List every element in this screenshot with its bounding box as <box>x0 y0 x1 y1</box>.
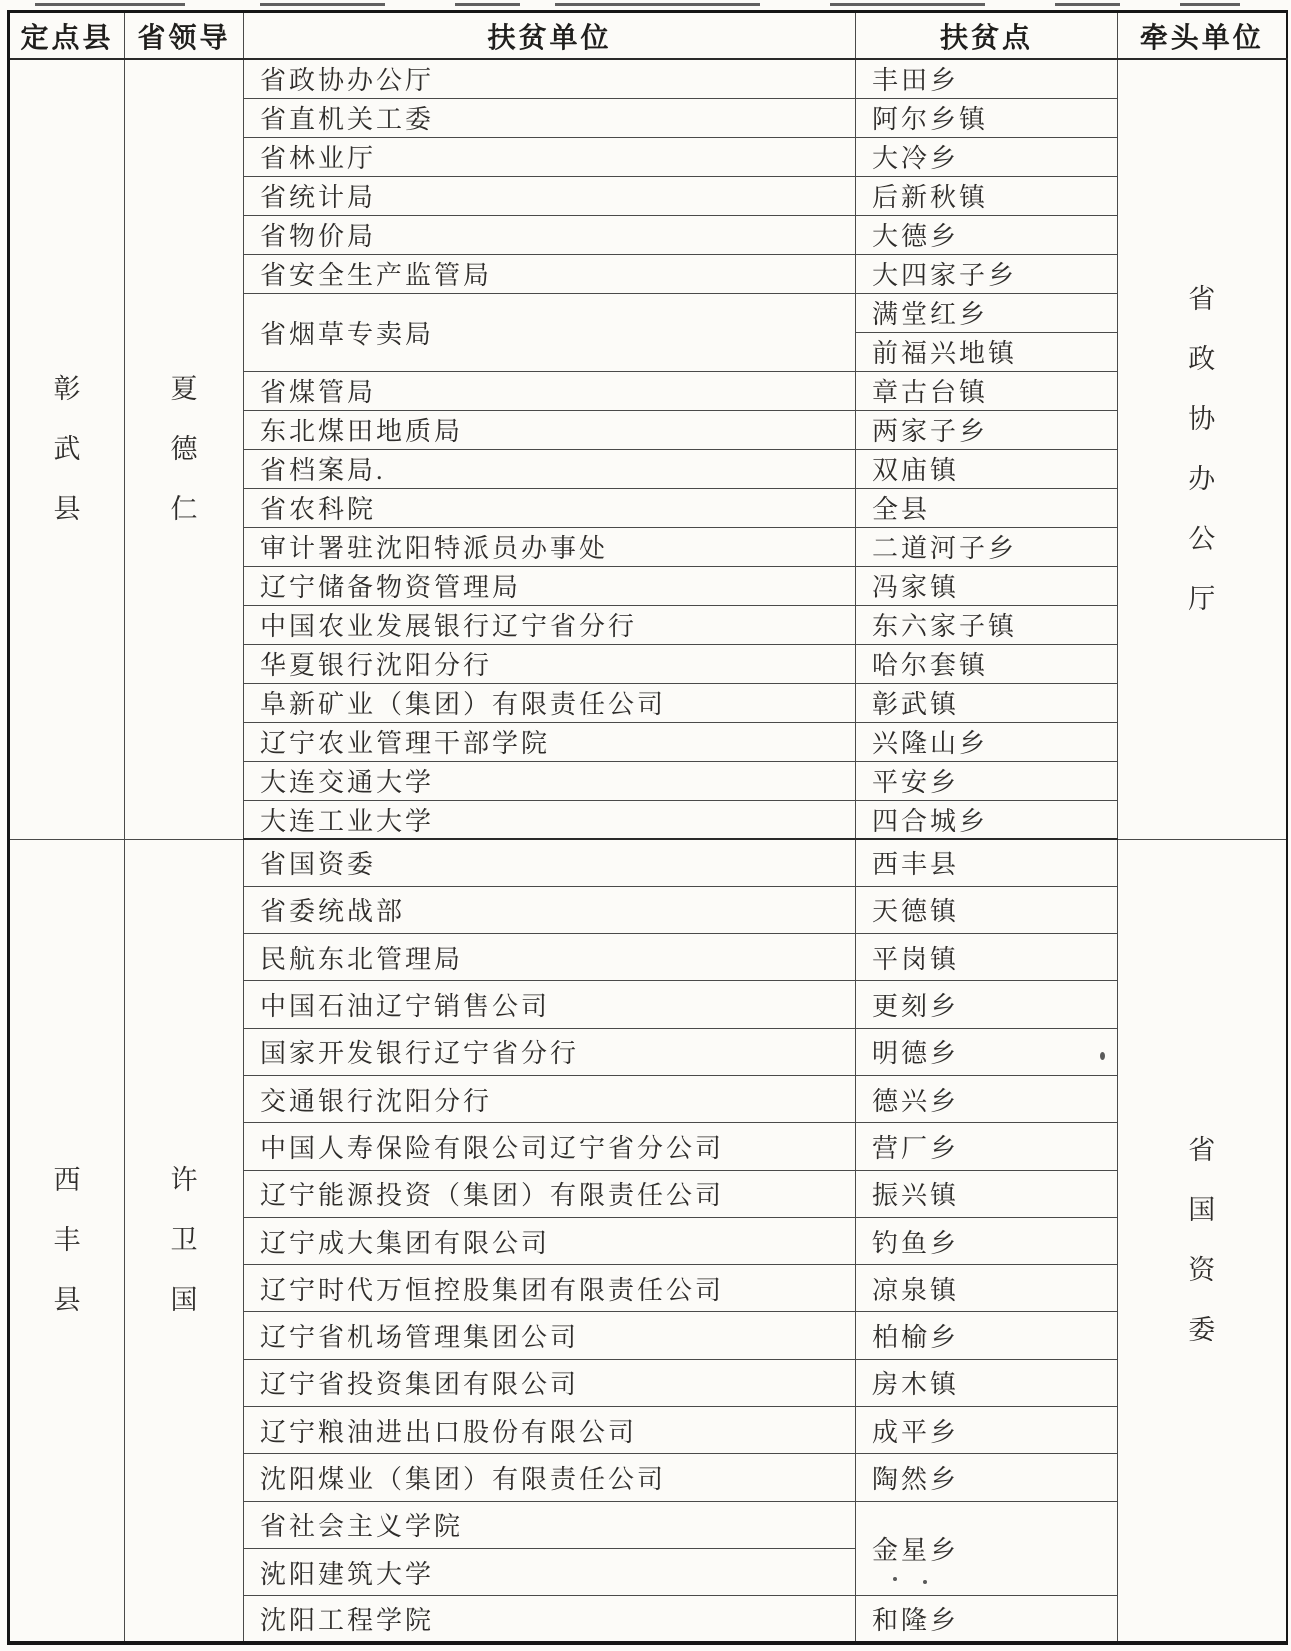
scan-artifact-line <box>455 3 520 6</box>
lead-unit-cell-char: 厅 <box>1188 586 1215 613</box>
header-cell-0: 定点县 <box>9 12 125 60</box>
unit-cell: 省物价局 <box>244 215 856 254</box>
point-cell: 平岗镇 <box>856 934 1118 981</box>
table-body: 彰武县夏德仁省政协办公厅丰田乡省政协办公厅省直机关工委阿尔乡镇省林业厅大冷乡省统… <box>9 59 1287 1643</box>
point-cell: 双庙镇 <box>856 449 1118 488</box>
lead-unit-cell: 省国资委 <box>1118 839 1287 1643</box>
unit-cell: 辽宁省机场管理集团公司 <box>244 1312 856 1359</box>
lead-unit-cell: 省政协办公厅 <box>1118 59 1287 839</box>
unit-cell: 辽宁省投资集团有限公司 <box>244 1359 856 1406</box>
unit-cell: 大连工业大学 <box>244 800 856 839</box>
leader-cell: 许卫国 <box>125 839 244 1643</box>
point-cell: 全县 <box>856 488 1118 527</box>
scan-artifact-line <box>555 3 760 6</box>
point-cell: 满堂红乡 <box>856 293 1118 332</box>
scan-artifact-line <box>35 3 185 6</box>
county-cell-char: 西 <box>54 1167 81 1194</box>
unit-cell: 交通银行沈阳分行 <box>244 1075 856 1122</box>
point-cell: 更刻乡 <box>856 981 1118 1028</box>
unit-cell: 省直机关工委 <box>244 98 856 137</box>
unit-cell: 沈阳工程学院 <box>244 1596 856 1643</box>
point-cell: 振兴镇 <box>856 1170 1118 1217</box>
header-cell-2: 扶贫单位 <box>244 12 856 60</box>
scan-artifact-line <box>1055 3 1120 6</box>
point-cell: 阿尔乡镇 <box>856 98 1118 137</box>
unit-cell: 省社会主义学院 <box>244 1501 856 1548</box>
point-cell: 大德乡 <box>856 215 1118 254</box>
county-cell-char: 丰 <box>54 1227 81 1254</box>
lead-unit-cell-char: 资 <box>1188 1257 1215 1284</box>
assistance-table: 定点县省领导扶贫单位扶贫点牵头单位 彰武县夏德仁省政协办公厅丰田乡省政协办公厅省… <box>7 10 1288 1645</box>
unit-cell: 辽宁能源投资（集团）有限责任公司 <box>244 1170 856 1217</box>
point-cell: 西丰县 <box>856 839 1118 886</box>
point-cell: 哈尔套镇 <box>856 644 1118 683</box>
point-cell: 章古台镇 <box>856 371 1118 410</box>
lead-unit-cell-char: 省 <box>1188 286 1215 313</box>
point-cell: 和隆乡 <box>856 1596 1118 1643</box>
point-cell: 两家子乡 <box>856 410 1118 449</box>
point-cell: 二道河子乡 <box>856 527 1118 566</box>
lead-unit-cell-char: 协 <box>1188 406 1215 433</box>
leader-cell-char: 卫 <box>171 1227 198 1254</box>
header-cell-1: 省领导 <box>125 12 244 60</box>
unit-cell: 省统计局 <box>244 176 856 215</box>
leader-cell-char: 国 <box>171 1287 198 1314</box>
table-row: 西丰县许卫国省国资委西丰县省国资委 <box>9 839 1287 886</box>
county-cell-char: 武 <box>54 436 81 463</box>
table-row: 彰武县夏德仁省政协办公厅丰田乡省政协办公厅 <box>9 59 1287 98</box>
unit-cell: 沈阳煤业（集团）有限责任公司 <box>244 1454 856 1501</box>
unit-cell: 辽宁粮油进出口股份有限公司 <box>244 1407 856 1454</box>
point-cell: 天德镇 <box>856 886 1118 933</box>
point-cell: 兴隆山乡 <box>856 722 1118 761</box>
unit-cell: 民航东北管理局 <box>244 934 856 981</box>
leader-cell-char: 仁 <box>171 496 198 523</box>
point-cell: 钓鱼乡 <box>856 1217 1118 1264</box>
county-cell-char: 县 <box>54 496 81 523</box>
unit-cell: 省档案局. <box>244 449 856 488</box>
point-cell: 柏榆乡 <box>856 1312 1118 1359</box>
county-cell-char: 彰 <box>54 376 81 403</box>
point-cell: 成平乡 <box>856 1407 1118 1454</box>
point-cell: 金星乡 <box>856 1501 1118 1596</box>
unit-cell: 国家开发银行辽宁省分行 <box>244 1028 856 1075</box>
table-header-row: 定点县省领导扶贫单位扶贫点牵头单位 <box>9 12 1287 60</box>
point-cell: 平安乡 <box>856 761 1118 800</box>
lead-unit-cell-char: 办 <box>1188 466 1215 493</box>
header-cell-4: 牵头单位 <box>1118 12 1287 60</box>
leader-cell-char: 夏 <box>171 376 198 403</box>
unit-cell: 阜新矿业（集团）有限责任公司 <box>244 683 856 722</box>
unit-cell: 省安全生产监管局 <box>244 254 856 293</box>
county-cell: 西丰县 <box>9 839 125 1643</box>
unit-cell: 省政协办公厅 <box>244 59 856 98</box>
point-cell: 陶然乡 <box>856 1454 1118 1501</box>
point-cell: 丰田乡 <box>856 59 1118 98</box>
lead-unit-cell-char: 政 <box>1188 346 1215 373</box>
scan-artifact-line <box>260 3 385 6</box>
point-cell: 冯家镇 <box>856 566 1118 605</box>
leader-cell: 夏德仁 <box>125 59 244 839</box>
unit-cell: 辽宁储备物资管理局 <box>244 566 856 605</box>
county-cell-char: 县 <box>54 1287 81 1314</box>
unit-cell: 省农科院 <box>244 488 856 527</box>
point-cell: 东六家子镇 <box>856 605 1118 644</box>
unit-cell: 华夏银行沈阳分行 <box>244 644 856 683</box>
point-cell: 营厂乡 <box>856 1123 1118 1170</box>
point-cell: 后新秋镇 <box>856 176 1118 215</box>
leader-cell-char: 许 <box>171 1167 198 1194</box>
unit-cell: 东北煤田地质局 <box>244 410 856 449</box>
lead-unit-cell-char: 省 <box>1188 1137 1215 1164</box>
scan-artifact-line <box>830 3 985 6</box>
lead-unit-cell-char: 公 <box>1188 526 1215 553</box>
scan-artifact-line <box>1180 3 1240 6</box>
unit-cell: 省煤管局 <box>244 371 856 410</box>
county-cell: 彰武县 <box>9 59 125 839</box>
point-cell: 凉泉镇 <box>856 1265 1118 1312</box>
unit-cell: 省烟草专卖局 <box>244 293 856 371</box>
lead-unit-cell-char: 国 <box>1188 1197 1215 1224</box>
header-cell-3: 扶贫点 <box>856 12 1118 60</box>
unit-cell: 审计署驻沈阳特派员办事处 <box>244 527 856 566</box>
point-cell: 四合城乡 <box>856 800 1118 839</box>
unit-cell: 省林业厅 <box>244 137 856 176</box>
unit-cell: 沈阳建筑大学 <box>244 1548 856 1595</box>
unit-cell: 辽宁时代万恒控股集团有限责任公司 <box>244 1265 856 1312</box>
unit-cell: 中国石油辽宁销售公司 <box>244 981 856 1028</box>
unit-cell: 省国资委 <box>244 839 856 886</box>
leader-cell-char: 德 <box>171 436 198 463</box>
unit-cell: 省委统战部 <box>244 886 856 933</box>
point-cell: 彰武镇 <box>856 683 1118 722</box>
point-cell: 明德乡 <box>856 1028 1118 1075</box>
point-cell: 大四家子乡 <box>856 254 1118 293</box>
lead-unit-cell-char: 委 <box>1188 1317 1215 1344</box>
unit-cell: 中国农业发展银行辽宁省分行 <box>244 605 856 644</box>
point-cell: 前福兴地镇 <box>856 332 1118 371</box>
unit-cell: 中国人寿保险有限公司辽宁省分公司 <box>244 1123 856 1170</box>
point-cell: 德兴乡 <box>856 1075 1118 1122</box>
point-cell: 房木镇 <box>856 1359 1118 1406</box>
unit-cell: 辽宁农业管理干部学院 <box>244 722 856 761</box>
point-cell: 大冷乡 <box>856 137 1118 176</box>
unit-cell: 大连交通大学 <box>244 761 856 800</box>
unit-cell: 辽宁成大集团有限公司 <box>244 1217 856 1264</box>
